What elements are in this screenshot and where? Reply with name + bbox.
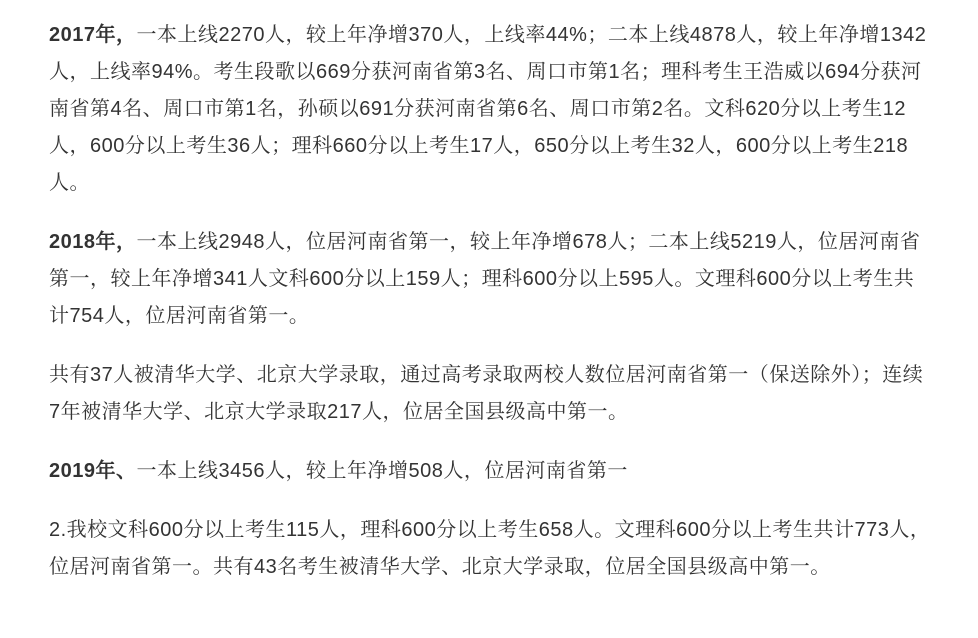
paragraph-2019: 2019年、一本上线3456人，较上年净增508人，位居河南省第一	[49, 453, 931, 490]
paragraph-2017: 2017年，一本上线2270人，较上年净增370人，上线率44%；二本上线487…	[49, 17, 931, 202]
paragraph-2017-text: 一本上线2270人，较上年净增370人，上线率44%；二本上线4878人，较上年…	[49, 24, 926, 194]
paragraph-tsinghua-peking-text: 共有37人被清华大学、北京大学录取，通过高考录取两校人数位居河南省第一（保送除外…	[49, 364, 923, 423]
document-page: 2017年，一本上线2270人，较上年净增370人，上线率44%；二本上线487…	[0, 0, 978, 638]
year-label-2019: 2019年、	[49, 460, 137, 482]
paragraph-item-2: 2.我校文科600分以上考生115人，理科600分以上考生658人。文理科600…	[49, 512, 931, 586]
paragraph-2018: 2018年，一本上线2948人，位居河南省第一，较上年净增678人；二本上线52…	[49, 224, 931, 335]
year-label-2017: 2017年，	[49, 24, 137, 46]
paragraph-2018-text: 一本上线2948人，位居河南省第一，较上年净增678人；二本上线5219人，位居…	[49, 231, 920, 327]
paragraph-tsinghua-peking: 共有37人被清华大学、北京大学录取，通过高考录取两校人数位居河南省第一（保送除外…	[49, 357, 931, 431]
paragraph-item-2-text: 2.我校文科600分以上考生115人，理科600分以上考生658人。文理科600…	[49, 519, 930, 578]
article-body: 2017年，一本上线2270人，较上年净增370人，上线率44%；二本上线487…	[0, 0, 978, 638]
year-label-2018: 2018年，	[49, 231, 137, 253]
paragraph-2019-text: 一本上线3456人，较上年净增508人，位居河南省第一	[137, 460, 628, 482]
